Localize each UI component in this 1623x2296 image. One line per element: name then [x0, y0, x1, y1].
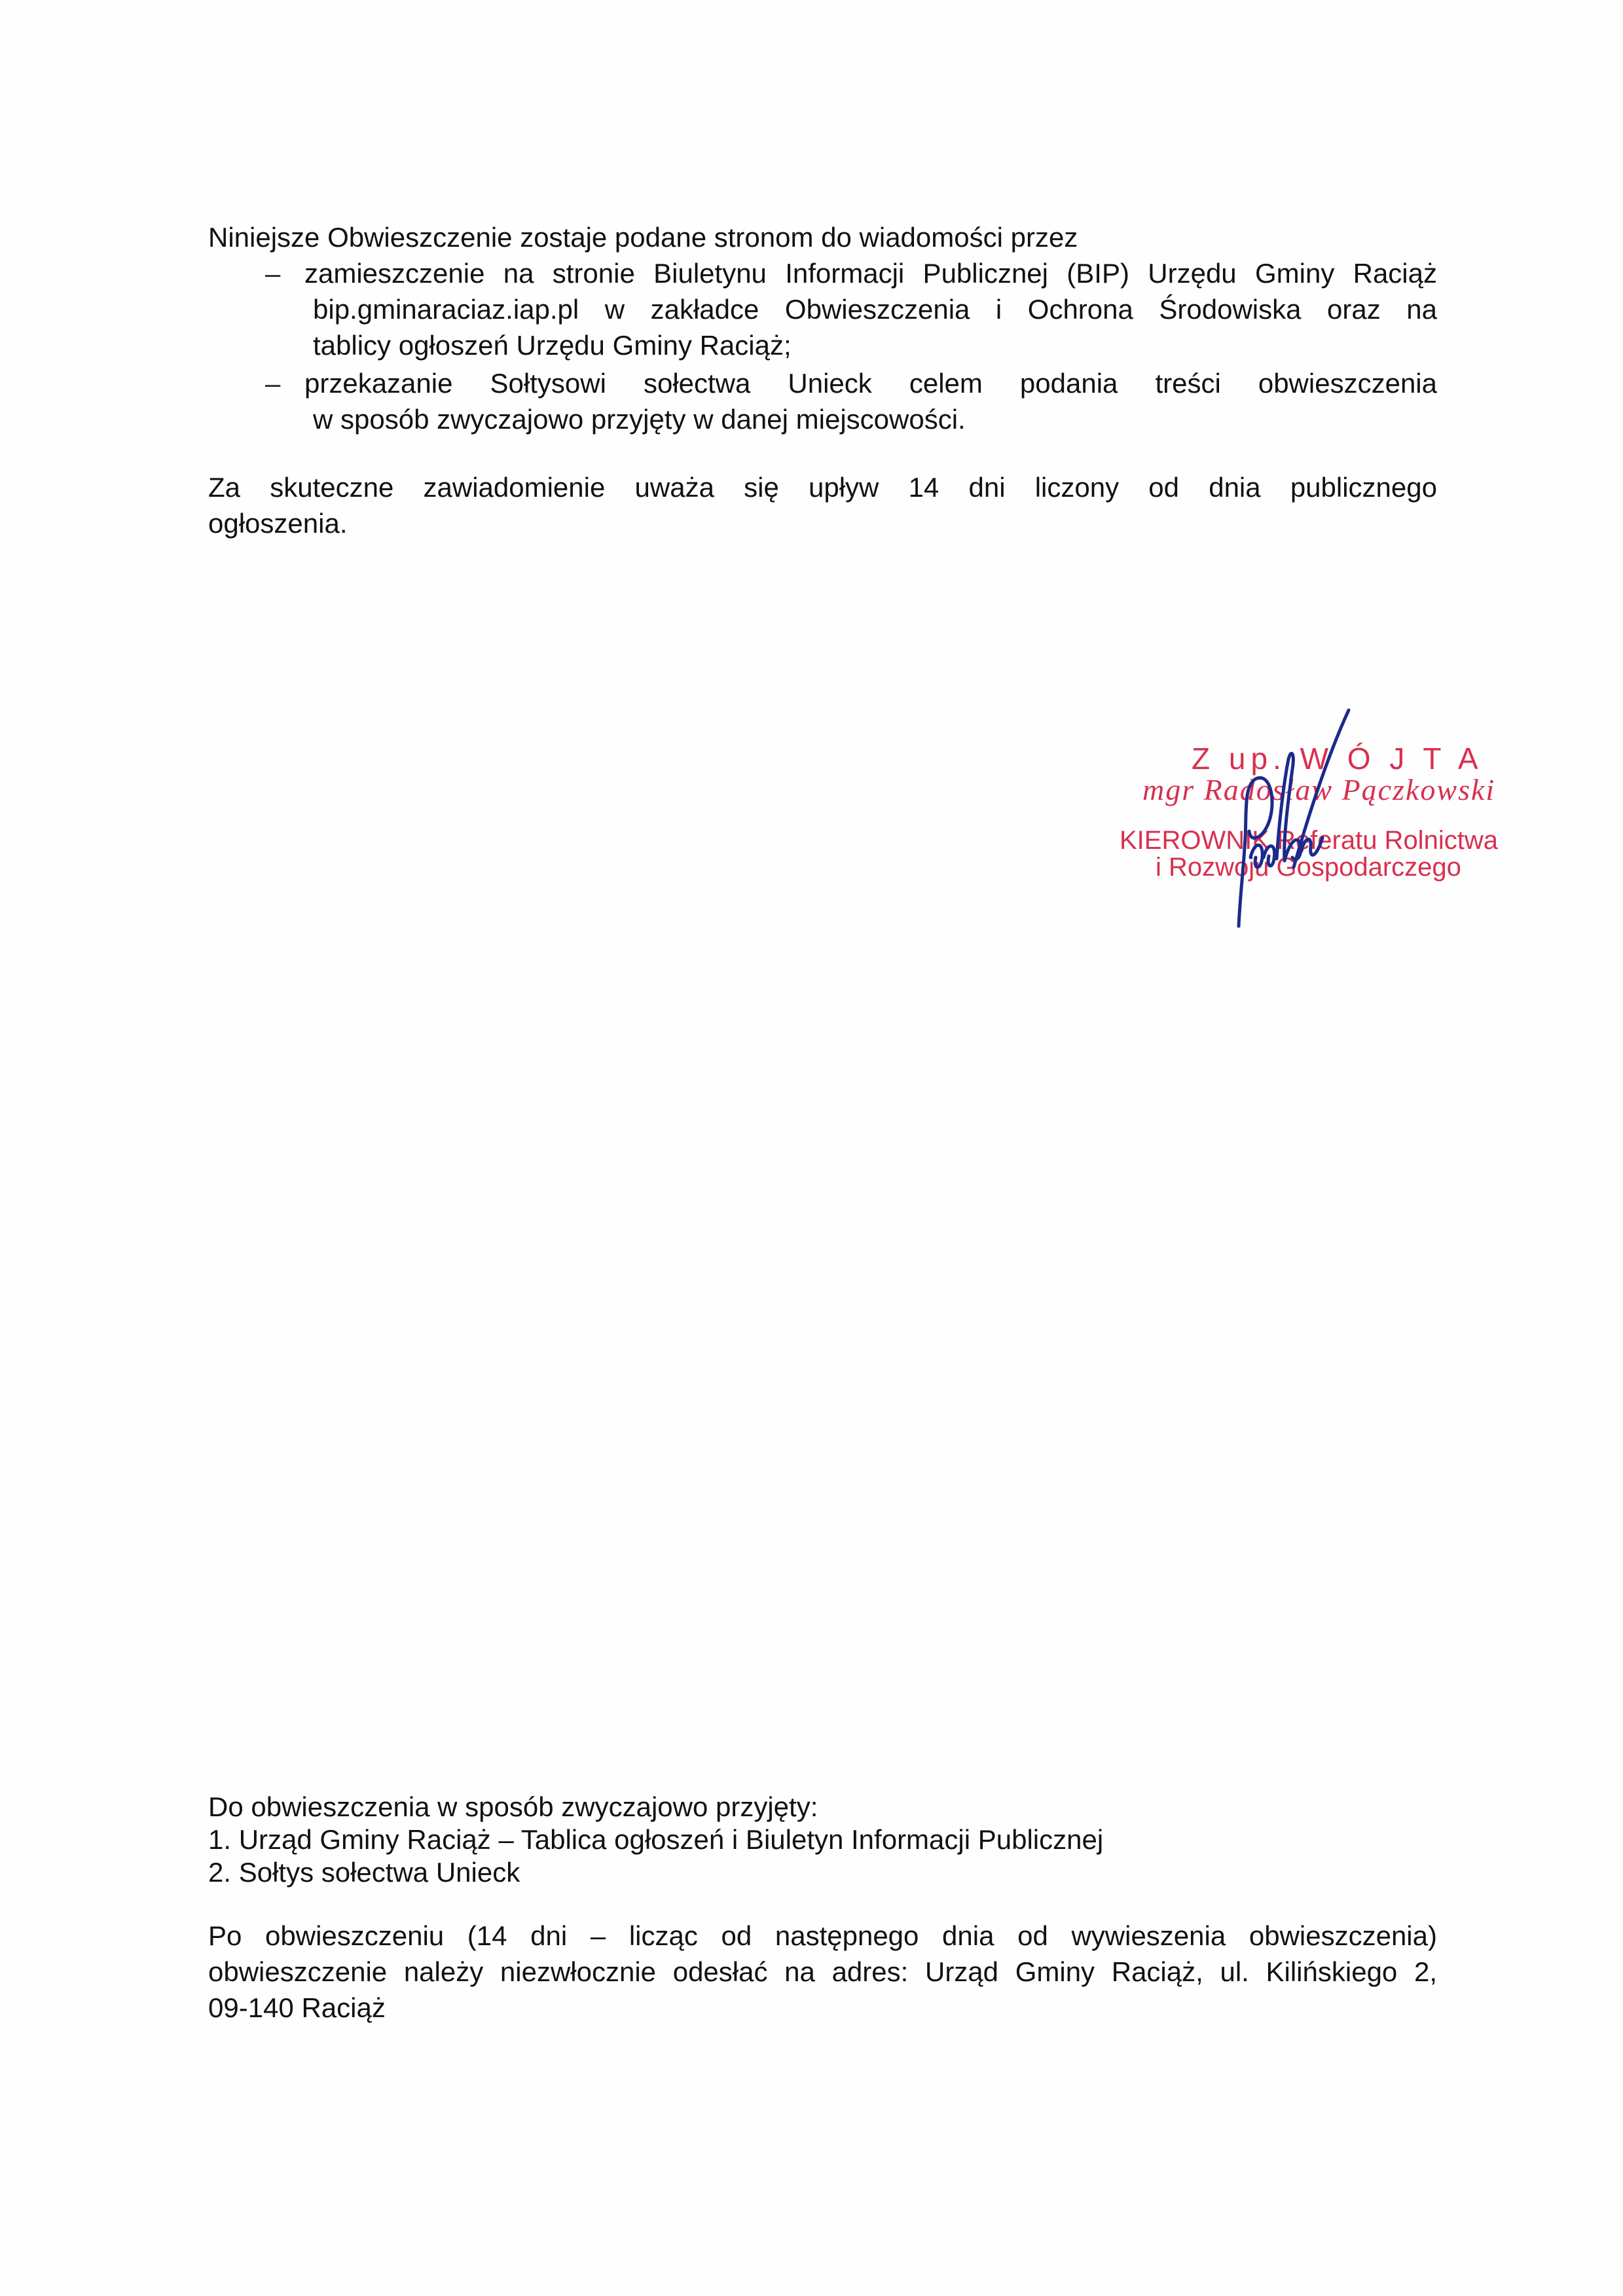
bullet-1-line-3: tablicy ogłoszeń Urzędu Gminy Raciąż;: [313, 327, 792, 364]
return-instruction-line-3: 09-140 Raciąż: [208, 1990, 386, 2026]
bullet-1-line-2: bip.gminaraciaz.iap.pl w zakładce Obwies…: [313, 291, 1437, 328]
bullet-2-line-2: w sposób zwyczajowo przyjęty w danej mie…: [313, 401, 966, 438]
distribution-item-1: 1. Urząd Gminy Raciąż – Tablica ogłoszeń…: [208, 1821, 1103, 1858]
bullet-1-line-1: zamieszczenie na stronie Biuletynu Infor…: [304, 255, 1437, 292]
return-instruction-line-1: Po obwieszczeniu (14 dni – licząc od nas…: [208, 1918, 1437, 1954]
bullet-dash: –: [265, 365, 280, 402]
bip-address-text: bip.gminaraciaz.iap.pl w zakładce Obwies…: [313, 294, 1437, 325]
distribution-item-2: 2. Sołtys sołectwa Unieck: [208, 1854, 520, 1891]
bullet-dash: –: [265, 255, 280, 292]
notice-line-1: Za skuteczne zawiadomienie uważa się upł…: [208, 469, 1437, 506]
document-page: Niniejsze Obwieszczenie zostaje podane s…: [0, 0, 1623, 2296]
distribution-heading: Do obwieszczenia w sposób zwyczajowo prz…: [208, 1789, 818, 1825]
return-instruction-line-2: obwieszczenie należy niezwłocznie odesła…: [208, 1954, 1437, 1990]
intro-text: Niniejsze Obwieszczenie zostaje podane s…: [208, 219, 1078, 256]
handwritten-signature: [1224, 707, 1355, 929]
bullet-2-line-1: przekazanie Sołtysowi sołectwa Unieck ce…: [304, 365, 1437, 402]
notice-line-2: ogłoszenia.: [208, 505, 347, 542]
